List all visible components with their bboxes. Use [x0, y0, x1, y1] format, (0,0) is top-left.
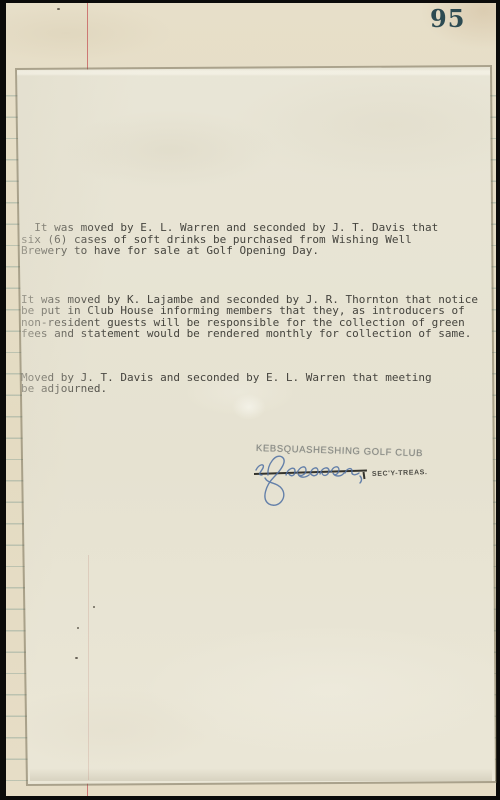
paper-speck: [77, 627, 79, 629]
page-number: 95: [430, 4, 465, 33]
secretary-signature: [252, 451, 370, 509]
paper-speck: [75, 657, 78, 659]
paper-speck: [93, 606, 95, 608]
minutes-paragraph: It was moved by K. Lajambe and seconded …: [21, 294, 493, 340]
scanned-minutes-page: 95 It was moved by E. L. Warren and seco…: [0, 0, 500, 800]
sheet-bottom-shadow: [30, 768, 492, 781]
red-line-showthrough: [88, 555, 89, 780]
minutes-paragraph: Moved by J. T. Davis and seconded by E. …: [21, 372, 493, 395]
paper-speck: [57, 8, 60, 10]
minutes-text-block: It was moved by E. L. Warren and seconde…: [21, 199, 493, 432]
minutes-paragraph: It was moved by E. L. Warren and seconde…: [21, 222, 493, 257]
